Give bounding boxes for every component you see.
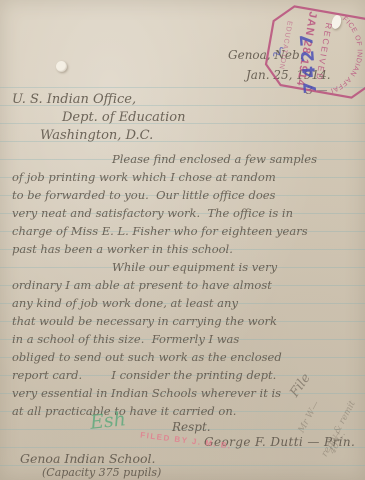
body-line: obliged to send out such work as the enc…: [12, 348, 358, 366]
body-line: Please find enclosed a few samples: [12, 150, 358, 168]
letter-page: Genoa, Neb. Jan. 25, 1914. 3 — U. S. Ind…: [0, 0, 365, 480]
body-line: in a school of this size. Formerly I was: [12, 330, 358, 348]
body-line: charge of Miss E. L. Fisher who for eigh…: [12, 222, 358, 240]
recipient-line-1: U. S. Indian Office,: [12, 92, 136, 107]
body-line: ordinary I am able at present to have al…: [12, 276, 358, 294]
body-line: past has been a worker in this school.: [12, 240, 358, 258]
body-line: While our equipment is very: [12, 258, 358, 276]
school-name: Genoa Indian School.: [20, 451, 156, 466]
recipient-line-2: Dept. of Education: [62, 110, 186, 125]
body-line: any kind of job work done, at least any: [12, 294, 358, 312]
valediction: Respt.: [172, 420, 211, 434]
punch-hole: [56, 61, 67, 72]
body-line: to be forwarded to you. Our little offic…: [12, 186, 358, 204]
recipient-line-3: Washington, D.C.: [40, 128, 153, 143]
body-line: of job printing work which I chose at ra…: [12, 168, 358, 186]
body-line: very neat and satisfactory work. The off…: [12, 204, 358, 222]
green-pencil-initials: Esh: [89, 408, 127, 434]
body-line: that would be necessary in carrying the …: [12, 312, 358, 330]
school-capacity: (Capacity 375 pupils): [42, 466, 161, 479]
